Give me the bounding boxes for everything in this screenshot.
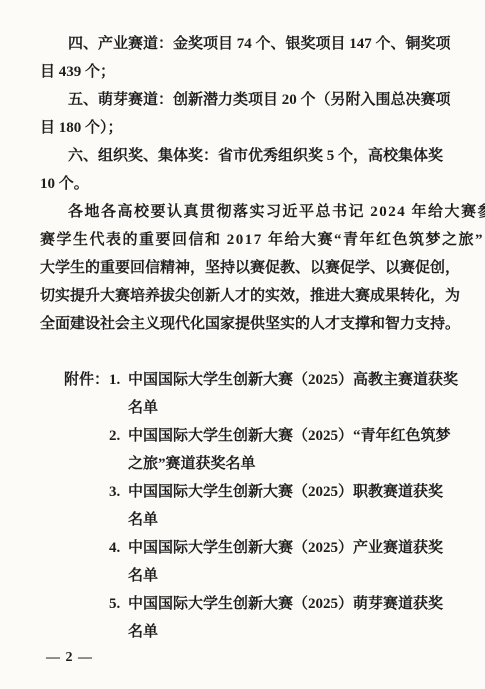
attachment-item-line: 名单 [128, 394, 447, 422]
attachment-item-line: 中国国际大学生创新大赛（2025）“青年红色筑梦 [128, 422, 447, 450]
body-text-line: 切实提升大赛培养拔尖创新人才的实效，推进大赛成果转化，为 [40, 282, 447, 310]
attachment-label: 附件： [64, 366, 109, 394]
body-text-line: 目 180 个）； [40, 114, 447, 142]
document-body: 四、产业赛道：金奖项目 74 个、银奖项目 147 个、铜奖项 目 439 个；… [40, 30, 447, 338]
attachment-item-line: 中国国际大学生创新大赛（2025）萌芽赛道获奖 [128, 590, 447, 618]
page-number: — 2 — [46, 644, 93, 672]
section-gap [40, 338, 447, 366]
document-page: 四、产业赛道：金奖项目 74 个、银奖项目 147 个、铜奖项 目 439 个；… [0, 0, 485, 689]
body-text-line: 五、萌芽赛道：创新潜力类项目 20 个（另附入围总决赛项 [40, 86, 447, 114]
attachment-item-number: 4. [109, 534, 128, 562]
attachment-item-text: 中国国际大学生创新大赛（2025）产业赛道获奖 名单 [128, 534, 447, 590]
attachment-item-number: 3. [109, 478, 128, 506]
body-text-line: 六、组织奖、集体奖：省市优秀组织奖 5 个，高校集体奖 [40, 142, 447, 170]
attachment-item: 4. 中国国际大学生创新大赛（2025）产业赛道获奖 名单 [109, 534, 447, 590]
attachment-item-text: 中国国际大学生创新大赛（2025）萌芽赛道获奖 名单 [128, 590, 447, 646]
attachment-section: 附件： 1. 中国国际大学生创新大赛（2025）高教主赛道获奖 名单 2. 中国… [64, 366, 447, 646]
body-text-line: 赛学生代表的重要回信和 2017 年给大赛“青年红色筑梦之旅” [40, 226, 447, 254]
body-text-line: 各地各高校要认真贯彻落实习近平总书记 2024 年给大赛参 [40, 198, 447, 226]
attachment-item-line: 中国国际大学生创新大赛（2025）职教赛道获奖 [128, 478, 447, 506]
attachment-item-line: 中国国际大学生创新大赛（2025）产业赛道获奖 [128, 534, 447, 562]
attachment-item-number: 5. [109, 590, 128, 618]
attachment-item-line: 名单 [128, 562, 447, 590]
attachment-list: 1. 中国国际大学生创新大赛（2025）高教主赛道获奖 名单 2. 中国国际大学… [109, 366, 447, 646]
attachment-item-text: 中国国际大学生创新大赛（2025）“青年红色筑梦 之旅”赛道获奖名单 [128, 422, 447, 478]
attachment-item-line: 名单 [128, 506, 447, 534]
attachment-item-line: 中国国际大学生创新大赛（2025）高教主赛道获奖 [128, 366, 447, 394]
attachment-item: 3. 中国国际大学生创新大赛（2025）职教赛道获奖 名单 [109, 478, 447, 534]
attachment-item-text: 中国国际大学生创新大赛（2025）职教赛道获奖 名单 [128, 478, 447, 534]
body-text-line: 大学生的重要回信精神，坚持以赛促教、以赛促学、以赛促创， [40, 254, 447, 282]
attachment-item-line: 名单 [128, 618, 447, 646]
attachment-item: 2. 中国国际大学生创新大赛（2025）“青年红色筑梦 之旅”赛道获奖名单 [109, 422, 447, 478]
body-text-line: 全面建设社会主义现代化国家提供坚实的人才支撑和智力支持。 [40, 310, 447, 338]
attachment-item: 5. 中国国际大学生创新大赛（2025）萌芽赛道获奖 名单 [109, 590, 447, 646]
attachment-item-text: 中国国际大学生创新大赛（2025）高教主赛道获奖 名单 [128, 366, 447, 422]
attachment-item-line: 之旅”赛道获奖名单 [128, 450, 447, 478]
body-text-line: 10 个。 [40, 170, 447, 198]
body-text-line: 四、产业赛道：金奖项目 74 个、银奖项目 147 个、铜奖项 [40, 30, 447, 58]
attachment-item: 1. 中国国际大学生创新大赛（2025）高教主赛道获奖 名单 [109, 366, 447, 422]
body-text-line: 目 439 个； [40, 58, 447, 86]
attachment-item-number: 1. [109, 366, 128, 394]
attachment-item-number: 2. [109, 422, 128, 450]
